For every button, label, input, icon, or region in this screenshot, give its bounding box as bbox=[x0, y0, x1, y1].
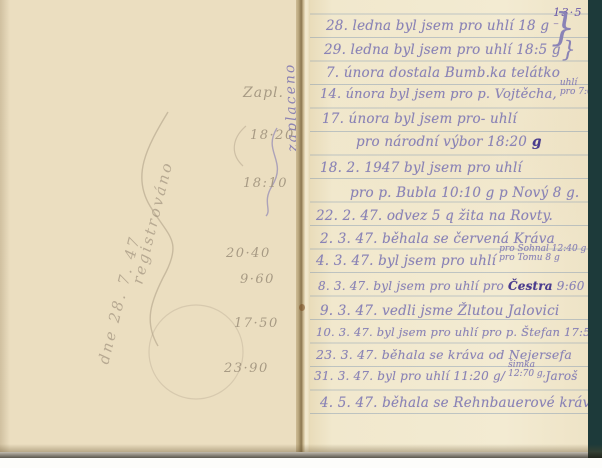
ledger-entry: 18. 2. 1947 byl jsem pro uhlí bbox=[320, 160, 522, 176]
entry-text: 31. 3. 47. byl pro uhlí 11:20 g/ bbox=[314, 369, 505, 383]
entry-annotation: pro Sohnal 12:40 gpro Tomu 8 g bbox=[499, 245, 586, 263]
ledger-entry: 10. 3. 47. byl jsem pro uhlí pro p. Štef… bbox=[316, 325, 588, 339]
pencil-amount: 20·40 bbox=[226, 246, 271, 261]
entry-text: pro p. Bubla 10:10 g p Nový 8 g. bbox=[350, 185, 579, 201]
entry-text: 9. 3. 47. vedli jsme Žlutou Jalovici bbox=[320, 303, 559, 319]
entry-text: 9:60 g bbox=[553, 279, 588, 293]
entry-text: 22. 2. 47. odvez 5 q žita na Rovty. bbox=[316, 208, 553, 224]
page-bottom-edge bbox=[0, 444, 602, 458]
left-page-edge-shade bbox=[0, 0, 10, 452]
notebook-photo: registrováno dne 28. 7. 47 zaplaceno Zap… bbox=[0, 0, 602, 458]
pencil-amount: 23·90 bbox=[224, 361, 269, 376]
right-page: 13·5 ⁻ 28. ledna byl jsem pro uhlí 18 g}… bbox=[310, 0, 588, 452]
ledger-entry: 9. 3. 47. vedli jsme Žlutou Jalovici bbox=[320, 303, 559, 319]
entry-text: 7. února dostala Bumb.ka telátko bbox=[326, 65, 560, 81]
entry-text: 18. 2. 1947 byl jsem pro uhlí bbox=[320, 160, 522, 176]
entry-text: 8. 3. 47. byl jsem pro uhlí pro bbox=[318, 279, 508, 293]
pencil-amount: 18:10 bbox=[243, 176, 288, 191]
entry-annotation: uhlípro 7:68 bbox=[560, 79, 588, 97]
ledger-entry: 8. 3. 47. byl jsem pro uhlí pro Čestra 9… bbox=[318, 279, 588, 293]
ledger-entry: 22. 2. 47. odvez 5 q žita na Rovty. bbox=[316, 208, 553, 224]
ledger-entry: 31. 3. 47. byl pro uhlí 11:20 g/šimka12:… bbox=[314, 369, 578, 387]
entry-text: 17. února byl jsem pro- uhlí bbox=[322, 111, 517, 127]
entry-text: 28. ledna byl jsem pro uhlí 18 g bbox=[326, 18, 549, 34]
left-page: registrováno dne 28. 7. 47 zaplaceno Zap… bbox=[0, 0, 296, 452]
paid-abbreviation: Zapl. bbox=[243, 85, 284, 101]
page-gutter bbox=[296, 0, 310, 452]
entry-text: g bbox=[527, 134, 542, 150]
ledger-entry: 14. února byl jsem pro p. Vojtěcha,uhlíp… bbox=[320, 87, 588, 105]
cover-edge bbox=[588, 0, 602, 458]
entry-text: Čestra bbox=[508, 279, 553, 293]
photo-bottom-margin bbox=[0, 458, 602, 468]
entry-text: pro národní výbor 18:20 bbox=[356, 134, 527, 150]
pencil-amount: 9·60 bbox=[240, 272, 275, 287]
entry-text: } bbox=[562, 38, 576, 63]
ledger-entry: 28. ledna byl jsem pro uhlí 18 g} bbox=[326, 18, 576, 34]
entry-text: Jaroš bbox=[546, 369, 578, 383]
ledger-entry: pro p. Bubla 10:10 g p Nový 8 g. bbox=[350, 185, 579, 201]
paper-stain bbox=[299, 304, 305, 311]
ledger-entry: 7. února dostala Bumb.ka telátko bbox=[326, 65, 560, 81]
ledger-entry: 17. února byl jsem pro- uhlí bbox=[322, 111, 517, 127]
pencil-amount: 18·20 bbox=[250, 128, 295, 143]
ledger-entry: 29. ledna byl jsem pro uhlí 18:5 g} bbox=[324, 42, 576, 58]
pencil-amount: 17·50 bbox=[234, 316, 279, 331]
entry-annotation: šimka12:70 g, bbox=[508, 361, 545, 379]
entry-text: 14. února byl jsem pro p. Vojtěcha, bbox=[320, 87, 557, 102]
entry-text: 29. ledna byl jsem pro uhlí 18:5 g bbox=[324, 42, 561, 58]
entry-text: 4. 5. 47. běhala se Rehnbauerové kráva bbox=[320, 395, 588, 411]
entry-text: 4. 3. 47. byl jsem pro uhlí bbox=[316, 253, 496, 269]
ledger-entry: pro národní výbor 18:20 g bbox=[356, 134, 542, 150]
rotated-pencil-note-date: dne 28. 7. 47 bbox=[95, 233, 144, 366]
ledger-entry: 4. 3. 47. byl jsem pro uhlípro Sohnal 12… bbox=[316, 253, 588, 271]
ledger-entry: 4. 5. 47. běhala se Rehnbauerové kráva bbox=[320, 395, 588, 411]
entry-text: 10. 3. 47. byl jsem pro uhlí pro p. Štef… bbox=[316, 325, 588, 339]
